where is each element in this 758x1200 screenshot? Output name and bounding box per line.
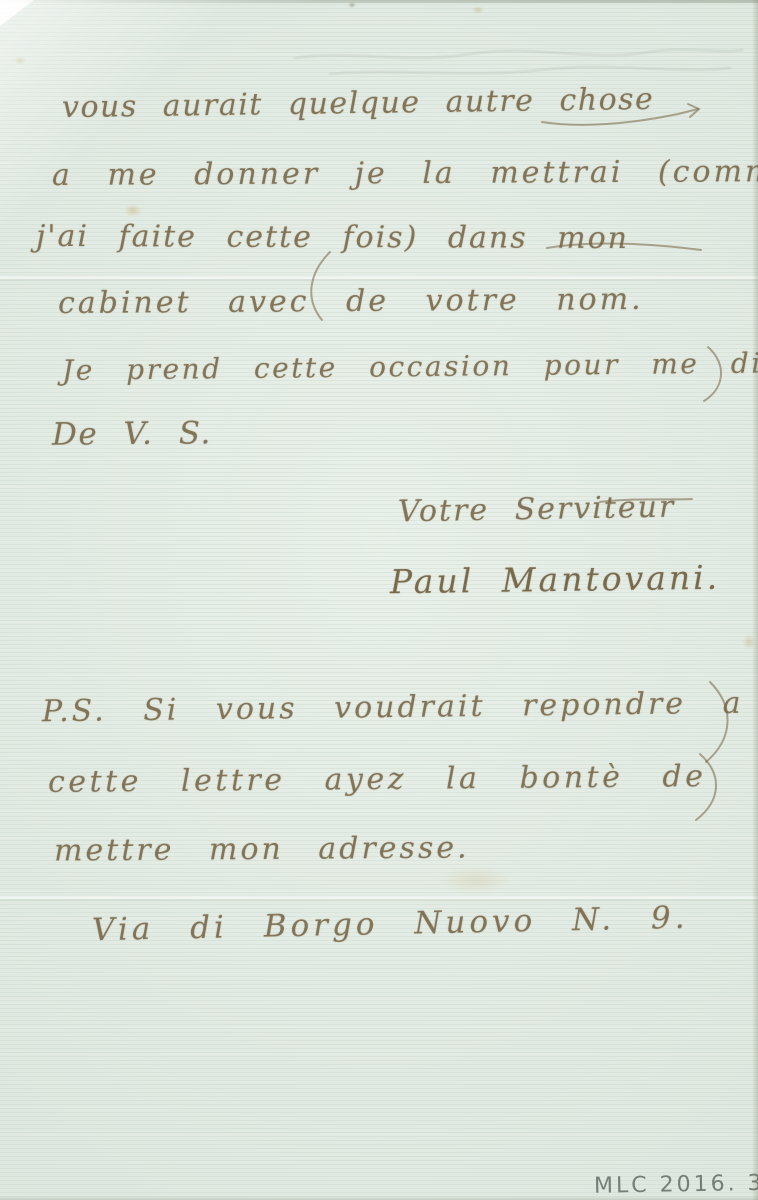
handwritten-line-5: Je prend cette occasion pour me dire [62,346,758,387]
scan-edge-top [0,0,758,3]
scan-edge-right [752,0,758,1200]
paper-stain [14,56,26,65]
postscript-line-2: cette lettre ayez la bontè de [48,759,707,800]
address-line: Via di Borgo Nuovo N. 9. [92,900,689,948]
paper-corner-highlight [0,0,34,26]
signature: Paul Mantovani. [390,558,721,602]
handwritten-line-1: vous aurait quelque autre chose [62,82,655,125]
handwritten-line-4: cabinet avec de votre nom. [58,282,644,321]
handwritten-line-3: j'ai faite cette fois) dans mon [36,219,629,256]
fold-line-lower [0,896,758,899]
postscript-line-1: P.S. Si vous voudrait repondre a [42,686,744,730]
postscript-line-3: mettre mon adresse. [54,831,470,869]
letter-scan-page: vous aurait quelque autre chose a me don… [0,0,758,1200]
paper-stain [438,866,512,894]
paper-stain [124,204,142,217]
scan-edge-bottom [0,1196,758,1200]
handwritten-line-2: a me donner je la mettrai (comme [52,154,758,193]
ink-showthrough [290,20,750,80]
fold-line-upper [0,276,758,279]
handwritten-line-6: De V. S. [52,415,212,452]
valediction: Votre Serviteur [398,490,676,530]
paper-stain [472,6,484,14]
catalog-number-annotation: MLC 2016. 3. 2 [594,1170,758,1199]
